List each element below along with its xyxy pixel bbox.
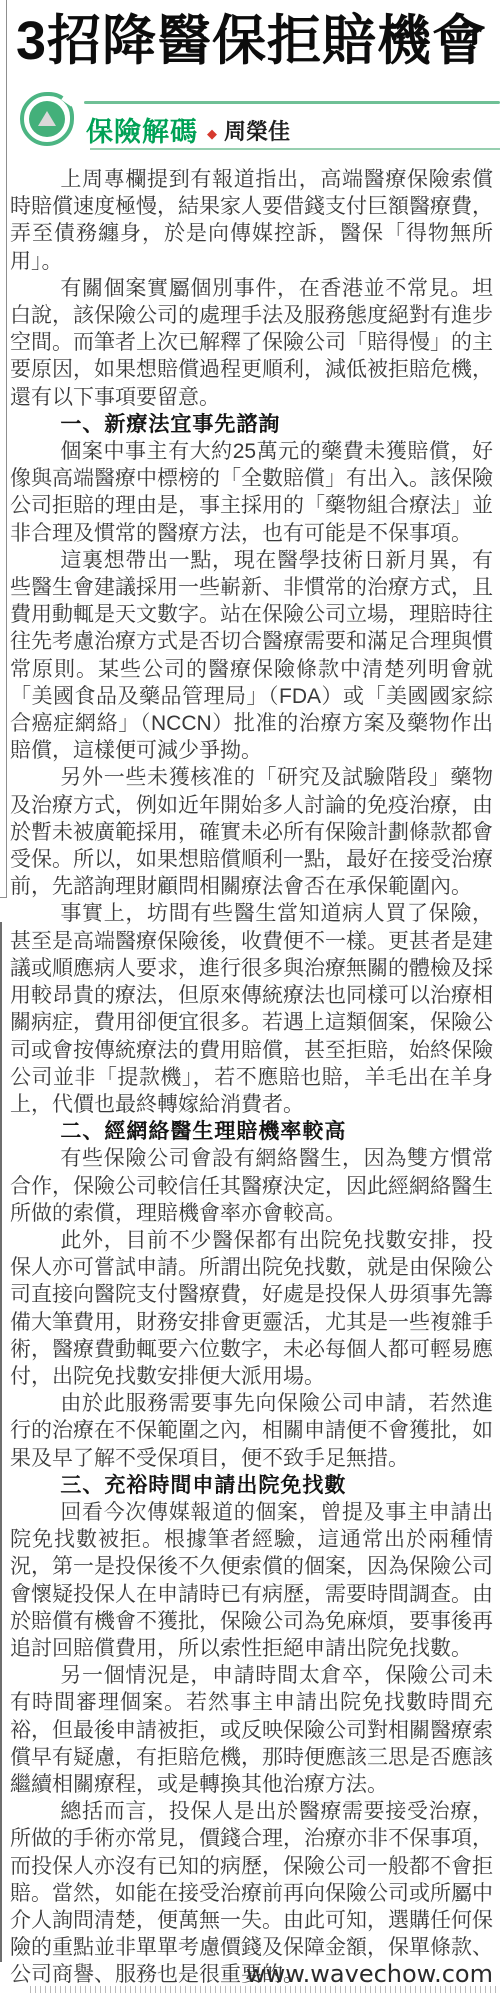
- article-paragraph: 由於此服務需要事先向保險公司申請，若然進行的治療在不保範圍之內，相關申請便不會獲…: [10, 1390, 493, 1472]
- author-name: 周榮佳: [224, 119, 290, 144]
- diamond-icon: ◆: [207, 126, 217, 141]
- left-column-rule-bottom: [0, 922, 2, 1962]
- article-body: 上周專欄提到有報道指出，高端醫療保險索償時賠償速度極慢，結果家人要借錢支付巨額醫…: [10, 166, 493, 1989]
- article-paragraph: 這裏想帶出一點，現在醫學技術日新月異，有些醫生會建議採用一些嶄新、非慣常的治療方…: [10, 547, 493, 765]
- section-heading-2: 二、經網絡醫生理賠機率較高: [10, 1118, 493, 1145]
- section-heading-1: 一、新療法宜事先諮詢: [10, 411, 493, 438]
- column-title: 保險解碼: [86, 117, 198, 147]
- column-logo: [20, 92, 74, 146]
- article-paragraph: 上周專欄提到有報道指出，高端醫療保險索償時賠償速度極慢，結果家人要借錢支付巨額醫…: [10, 166, 493, 275]
- article-paragraph: 回看今次傳媒報道的個案，曾提及事主申請出院免找數被拒。根據筆者經驗，這通常出於兩…: [10, 1499, 493, 1662]
- badge-text: 保險解碼◆周榮佳: [86, 110, 290, 149]
- triangle-icon: [38, 111, 56, 126]
- article-paragraph: 另外一些未獲核准的「研究及試驗階段」藥物及治療方式，例如近年開始多人討論的免疫治…: [10, 764, 493, 900]
- badge-underline-rule: [90, 148, 500, 150]
- article-paragraph: 另一個情況是，申請時間太倉卒，保險公司未有時間審理個案。若然事主申請出院免找數時…: [10, 1662, 493, 1798]
- left-column-rule-foot: [0, 897, 7, 898]
- article-paragraph: 事實上，坊間有些醫生當知道病人買了保險，甚至是高端醫療保險後，收費便不一樣。更甚…: [10, 900, 493, 1118]
- article-title: 3招降醫保拒賠機會: [16, 8, 494, 74]
- article-paragraph: 有關個案實屬個別事件，在香港並不常見。坦白說，該保險公司的處理手法及服務態度絕對…: [10, 275, 493, 411]
- column-badge: 保險解碼◆周榮佳: [0, 90, 500, 154]
- badge-top-rule: [84, 101, 500, 104]
- article-paragraph: 此外，目前不少醫保都有出院免找數安排，投保人亦可嘗試申請。所謂出院免找數，就是由…: [10, 1227, 493, 1390]
- section-heading-3: 三、充裕時間申請出院免找數: [10, 1472, 493, 1499]
- article-paragraph: 個案中事主有大約25萬元的藥費未獲賠償，好像與高端醫療中標榜的「全數賠償」有出入…: [10, 438, 493, 547]
- newspaper-column: 3招降醫保拒賠機會 保險解碼◆周榮佳 上周專欄提到有報道指出，高端醫療保險索償時…: [0, 0, 500, 1998]
- article-paragraph: 有些保險公司會設有網絡醫生，因為雙方慣常合作，保險公司較信任其醫療決定，因此經網…: [10, 1145, 493, 1227]
- perforation-divider: [30, 1986, 497, 1993]
- green-circle-icon: [29, 101, 65, 137]
